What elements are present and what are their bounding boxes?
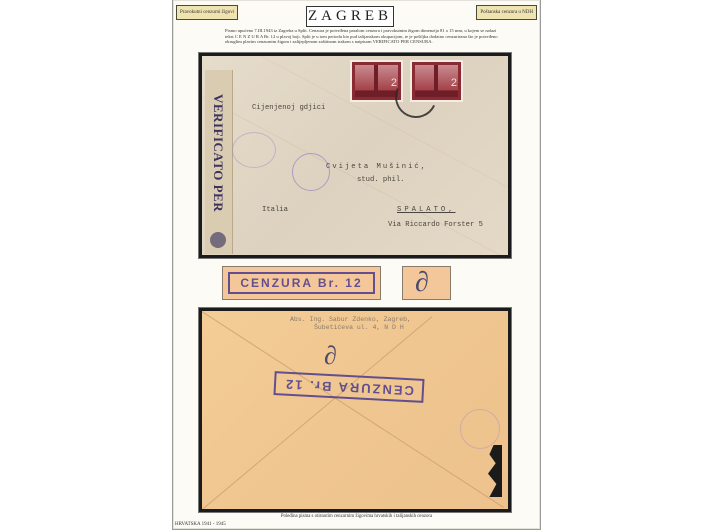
italian-censor-circle-icon: [460, 409, 500, 449]
street: Via Riccardo Forster 5: [388, 221, 483, 229]
signature-detail: ∂: [402, 266, 451, 300]
censor-box-stamp: CENZURA Br. 12: [228, 272, 375, 294]
label-rectangular-censor-marks: Pravokutni cenzurni žigovi: [176, 5, 238, 20]
country: Italia: [262, 206, 288, 214]
censor-box-detail: CENZURA Br. 12: [222, 266, 381, 300]
front-envelope: VERIFICATO PER CENSURA 2 2 Cijenjenoj gd…: [202, 56, 508, 255]
sender-line-1: Abs. Ing. Sabur Zdenko, Zagreb,: [290, 316, 411, 323]
description-text: Pismo upućeno 7.III.1943 iz Zagreba u Sp…: [225, 28, 503, 45]
stamp-value: 2: [451, 77, 457, 89]
front-cover-frame: VERIFICATO PER CENSURA 2 2 Cijenjenoj gd…: [198, 52, 512, 259]
cathedral-icon: [374, 65, 378, 91]
city: SPALATO,: [397, 206, 456, 214]
recipient-title: stud. phil.: [357, 176, 404, 184]
censor-tape: VERIFICATO PER CENSURA: [205, 70, 233, 254]
page-title: ZAGREB: [306, 6, 394, 27]
censor-signature: ∂: [324, 341, 337, 371]
album-page: Pravokutni cenzurni žigovi ZAGREB Poštan…: [172, 0, 541, 530]
back-envelope: Abs. Ing. Sabur Zdenko, Zagreb, Šubetiće…: [202, 311, 508, 509]
sender-line-2: Šubetićeva ul. 4, N D H: [314, 324, 404, 331]
salutation: Cijenjenoj gdjici: [252, 104, 325, 112]
censor-box-stamp: CENZURA Br. 12: [273, 371, 424, 403]
torn-corner: [488, 445, 502, 497]
back-cover-frame: Abs. Ing. Sabur Zdenko, Zagreb, Šubetiće…: [198, 307, 512, 513]
label-postal-censorship-ndh: Poštanska cenzura u NDH: [476, 5, 537, 20]
back-cover-caption: Poleđina pisma s otisnutim cenzurnim žig…: [173, 514, 540, 519]
recipient-name: Cvijeta Mušinić,: [326, 163, 427, 171]
censor-tape-text: VERIFICATO PER CENSURA: [208, 78, 229, 228]
italian-censor-circle-icon: [232, 132, 276, 168]
censor-signature: ∂: [415, 267, 429, 299]
seal-icon: [210, 232, 226, 248]
collection-footer: HRVATSKA 1941 - 1945: [175, 522, 226, 527]
italian-censor-circle-icon: [292, 153, 330, 191]
